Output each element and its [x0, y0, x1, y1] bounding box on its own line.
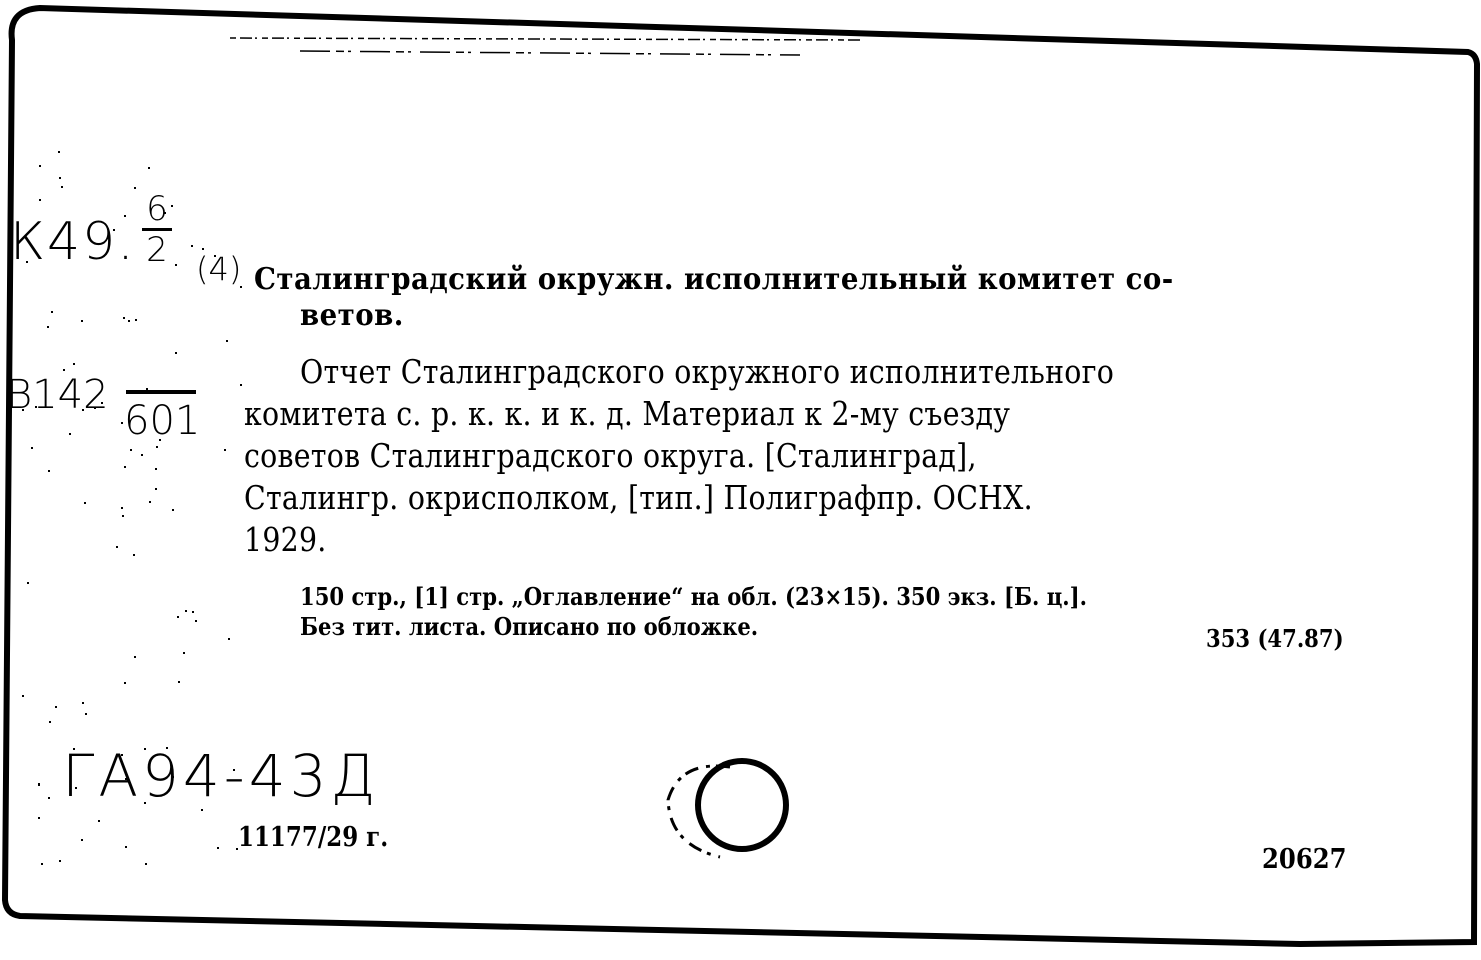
noise-dot	[121, 422, 123, 424]
noise-dot	[141, 454, 143, 456]
noise-dot	[49, 721, 51, 723]
noise-dot	[61, 186, 63, 188]
noise-dot	[134, 656, 136, 658]
noise-dot	[236, 848, 238, 850]
noise-dot	[121, 507, 123, 509]
fraction-denominator: 2	[146, 233, 168, 267]
noise-dot	[101, 402, 103, 404]
noise-dot	[113, 229, 115, 231]
noise-dot	[38, 784, 40, 786]
noise-dot	[75, 787, 77, 789]
noise-dot	[22, 695, 24, 697]
noise-dot	[124, 215, 126, 217]
secondary-mark-prefix: В142	[6, 372, 109, 418]
noise-dot	[171, 205, 173, 207]
noise-dot	[156, 446, 158, 448]
noise-dot	[192, 611, 194, 613]
noise-dot	[121, 754, 123, 756]
noise-dot	[123, 317, 125, 319]
noise-dot	[233, 769, 235, 771]
noise-dot	[26, 261, 28, 263]
noise-dot	[228, 638, 230, 640]
noise-dot	[124, 682, 126, 684]
secondary-mark-denominator: 601	[124, 398, 200, 444]
noise-dot	[38, 817, 40, 819]
noise-dot	[39, 165, 41, 167]
noise-dot	[177, 616, 179, 618]
noise-dot	[224, 449, 226, 451]
noise-dot	[82, 702, 84, 704]
noise-dot	[191, 245, 193, 247]
noise-dot	[116, 546, 118, 548]
noise-dot	[217, 847, 219, 849]
fraction-numerator: 6	[146, 192, 168, 226]
heading-line-2: ветов.	[300, 298, 404, 333]
noise-dot	[85, 713, 87, 715]
noise-dot	[145, 863, 147, 865]
description-line-2: комитета с. р. к. к. и к. д. Материал к …	[244, 394, 1010, 433]
collation-line-2-right: 353 (47.87)	[1206, 624, 1344, 653]
noise-dot	[128, 320, 130, 322]
noise-dot	[146, 388, 148, 390]
call-number-suffix: (4)	[196, 250, 241, 288]
noise-dot	[124, 466, 126, 468]
noise-dot	[155, 488, 157, 490]
noise-dot	[130, 449, 132, 451]
noise-dot	[27, 582, 29, 584]
noise-dot	[134, 187, 136, 189]
noise-dot	[81, 839, 83, 841]
noise-dot	[144, 802, 146, 804]
noise-dot	[48, 470, 50, 472]
noise-dot	[58, 151, 60, 153]
noise-dot	[125, 846, 127, 848]
noise-dot	[172, 776, 174, 778]
noise-dot	[73, 748, 75, 750]
noise-dot	[98, 820, 100, 822]
noise-dot	[55, 706, 57, 708]
noise-dot	[148, 167, 150, 169]
noise-dot	[135, 319, 137, 321]
noise-dot	[133, 554, 135, 556]
noise-dot	[166, 747, 168, 749]
noise-dot	[41, 863, 43, 865]
noise-dot	[51, 311, 53, 313]
noise-dot	[39, 199, 41, 201]
description-line-1: Отчет Сталинградского окружного исполнит…	[300, 352, 1114, 391]
noise-dot	[149, 501, 151, 503]
noise-dot	[183, 652, 185, 654]
card-number: 20627	[1262, 844, 1347, 875]
noise-dot	[172, 509, 174, 511]
call-number-fraction: 6 2	[142, 192, 172, 267]
noise-dot	[31, 447, 33, 449]
noise-dot	[122, 515, 124, 517]
noise-dot	[202, 248, 204, 250]
circle-stamp-icon	[650, 755, 800, 875]
call-number-prefix: К49.	[10, 212, 136, 272]
secondary-mark-bar	[126, 390, 196, 394]
noise-dot	[159, 439, 161, 441]
noise-dot	[155, 468, 157, 470]
noise-dot	[69, 433, 71, 435]
noise-dot	[47, 326, 49, 328]
description-line-5: 1929.	[244, 520, 327, 559]
noise-dot	[59, 177, 61, 179]
noise-dot	[240, 384, 242, 386]
description-line-4: Сталингр. окрисполком, [тип.] Полиграфпр…	[244, 478, 1033, 517]
noise-dot	[178, 681, 180, 683]
description-line-3: советов Сталинградского округа. [Сталинг…	[244, 436, 977, 475]
noise-dot	[84, 502, 86, 504]
noise-dot	[226, 340, 228, 342]
noise-dot	[94, 407, 96, 409]
noise-dot	[175, 264, 177, 266]
noise-dot	[35, 406, 37, 408]
noise-dot	[59, 860, 61, 862]
noise-dot	[185, 610, 187, 612]
noise-dot	[73, 363, 75, 365]
accession-number: 11177/29 г.	[238, 822, 388, 853]
noise-dot	[144, 748, 146, 750]
collation-line-2-left: Без тит. листа. Описано по обложке.	[300, 612, 758, 641]
noise-dot	[22, 409, 24, 411]
noise-dot	[175, 352, 177, 354]
handwritten-mark: ГА94-43Д	[62, 742, 380, 810]
noise-dot	[164, 212, 166, 214]
heading-line-1: Сталинградский окружн. исполнительный ко…	[254, 262, 1386, 297]
noise-dot	[201, 809, 203, 811]
noise-dot	[48, 797, 50, 799]
collation-line-1: 150 стр., [1] стр. „Оглавление“ на обл. …	[300, 582, 1087, 611]
noise-dot	[81, 320, 83, 322]
noise-dot	[63, 369, 65, 371]
noise-dot	[240, 286, 242, 288]
noise-dot	[125, 778, 127, 780]
noise-dot	[195, 620, 197, 622]
noise-dot	[214, 255, 216, 257]
noise-dot	[82, 409, 84, 411]
